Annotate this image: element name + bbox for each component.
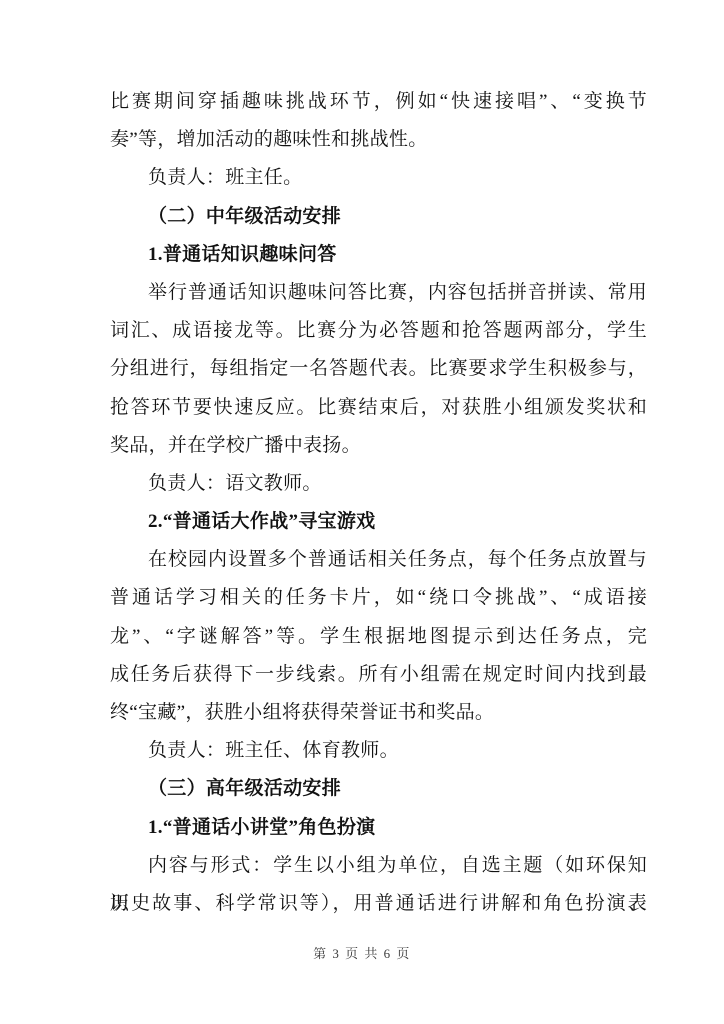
text-line: 比赛期间穿插趣味挑战环节，例如“快速接唱”、“变换节 xyxy=(110,83,647,121)
text-line: 内容与形式：学生以小组为单位，自选主题（如环保知识、 xyxy=(110,847,647,885)
page-number-text: 第 3 页 共 6 页 xyxy=(313,946,411,961)
text-line: 历史故事、科学常识等），用普通话进行讲解和角色扮演表 xyxy=(110,885,647,923)
text-line: 终“宝藏”，获胜小组将获得荣誉证书和奖品。 xyxy=(110,694,647,732)
text-line: 负责人：班主任、体育教师。 xyxy=(110,732,647,770)
text-line: 龙”、“字谜解答”等。学生根据地图提示到达任务点，完 xyxy=(110,618,647,656)
text-line: 2.“普通话大作战”寻宝游戏 xyxy=(110,503,647,541)
text-line: 负责人：语文教师。 xyxy=(110,465,647,503)
text-line: 1.“普通话小讲堂”角色扮演 xyxy=(110,809,647,847)
text-line: 词汇、成语接龙等。比赛分为必答题和抢答题两部分，学生 xyxy=(110,312,647,350)
document-page: 比赛期间穿插趣味挑战环节，例如“快速接唱”、“变换节奏”等，增加活动的趣味性和挑… xyxy=(0,0,724,1024)
text-line: 奖品，并在学校广播中表扬。 xyxy=(110,427,647,465)
text-line: 成任务后获得下一步线索。所有小组需在规定时间内找到最 xyxy=(110,656,647,694)
text-line: 负责人：班主任。 xyxy=(110,159,647,197)
text-line: 抢答环节要快速反应。比赛结束后，对获胜小组颁发奖状和 xyxy=(110,389,647,427)
page-footer: 第 3 页 共 6 页 xyxy=(0,943,724,965)
text-line: （三）高年级活动安排 xyxy=(110,770,647,808)
text-line: 举行普通话知识趣味问答比赛，内容包括拼音拼读、常用 xyxy=(110,274,647,312)
text-line: 分组进行，每组指定一名答题代表。比赛要求学生积极参与， xyxy=(110,350,647,388)
text-line: 1.普通话知识趣味问答 xyxy=(110,236,647,274)
text-line: 普通话学习相关的任务卡片，如“绕口令挑战”、“成语接 xyxy=(110,579,647,617)
document-body: 比赛期间穿插趣味挑战环节，例如“快速接唱”、“变换节奏”等，增加活动的趣味性和挑… xyxy=(110,83,647,923)
text-line: 奏”等，增加活动的趣味性和挑战性。 xyxy=(110,121,647,159)
text-line: 在校园内设置多个普通话相关任务点，每个任务点放置与 xyxy=(110,541,647,579)
text-line: （二）中年级活动安排 xyxy=(110,198,647,236)
